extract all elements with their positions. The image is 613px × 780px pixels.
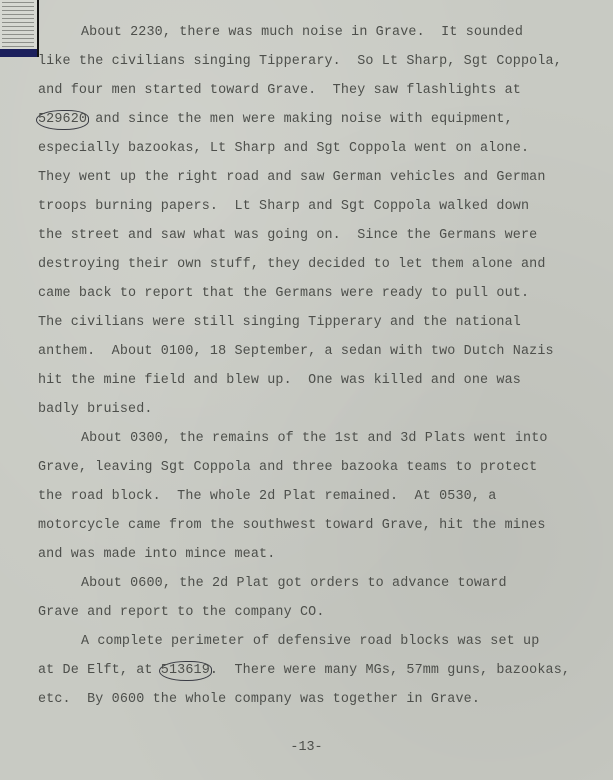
text-segment: like the civilians singing Tipperary. So… <box>38 54 562 69</box>
text-line: About 0600, the 2d Plat got orders to ad… <box>38 569 598 598</box>
text-line: the street and saw what was going on. Si… <box>38 221 598 250</box>
text-segment: The civilians were still singing Tippera… <box>38 315 521 330</box>
circled-map-coordinate: 529620 <box>36 110 89 130</box>
text-line: The civilians were still singing Tippera… <box>38 308 598 337</box>
text-line: especially bazookas, Lt Sharp and Sgt Co… <box>38 134 598 163</box>
thumbnail-text-lines <box>2 2 34 50</box>
text-segment: etc. By 0600 the whole company was toget… <box>38 692 480 707</box>
document-body: About 2230, there was much noise in Grav… <box>38 18 598 714</box>
text-segment: motorcycle came from the southwest towar… <box>38 518 546 533</box>
text-line: A complete perimeter of defensive road b… <box>38 627 598 656</box>
text-line: 529620 and since the men were making noi… <box>38 105 598 134</box>
text-line: and four men started toward Grave. They … <box>38 76 598 105</box>
text-line: came back to report that the Germans wer… <box>38 279 598 308</box>
text-segment: They went up the right road and saw Germ… <box>38 170 546 185</box>
text-segment: and was made into mince meat. <box>38 547 275 562</box>
text-segment: especially bazookas, Lt Sharp and Sgt Co… <box>38 141 529 156</box>
text-segment: came back to report that the Germans wer… <box>38 286 529 301</box>
text-segment: the street and saw what was going on. Si… <box>38 228 537 243</box>
text-line: etc. By 0600 the whole company was toget… <box>38 685 598 714</box>
text-segment: anthem. About 0100, 18 September, a seda… <box>38 344 554 359</box>
circled-map-coordinate: 513619 <box>159 661 212 681</box>
text-line: Grave and report to the company CO. <box>38 598 598 627</box>
text-segment: and since the men were making noise with… <box>87 112 513 127</box>
page-thumbnail-icon[interactable] <box>0 0 39 57</box>
text-segment: About 0600, the 2d Plat got orders to ad… <box>81 576 507 591</box>
text-segment: Grave and report to the company CO. <box>38 605 325 620</box>
text-segment: badly bruised. <box>38 402 153 417</box>
page-number: -13- <box>0 740 613 755</box>
text-line: They went up the right road and saw Germ… <box>38 163 598 192</box>
thumbnail-bar <box>0 49 37 57</box>
text-segment: Grave, leaving Sgt Coppola and three baz… <box>38 460 537 475</box>
text-segment: at De Elft, at <box>38 663 161 678</box>
text-line: the road block. The whole 2d Plat remain… <box>38 482 598 511</box>
text-segment: and four men started toward Grave. They … <box>38 83 521 98</box>
text-segment: troops burning papers. Lt Sharp and Sgt … <box>38 199 529 214</box>
text-line: About 0300, the remains of the 1st and 3… <box>38 424 598 453</box>
text-segment: About 0300, the remains of the 1st and 3… <box>81 431 548 446</box>
text-segment: destroying their own stuff, they decided… <box>38 257 546 272</box>
text-line: Grave, leaving Sgt Coppola and three baz… <box>38 453 598 482</box>
text-line: like the civilians singing Tipperary. So… <box>38 47 598 76</box>
text-line: anthem. About 0100, 18 September, a seda… <box>38 337 598 366</box>
text-line: troops burning papers. Lt Sharp and Sgt … <box>38 192 598 221</box>
document-page: About 2230, there was much noise in Grav… <box>0 0 613 780</box>
text-segment: A complete perimeter of defensive road b… <box>81 634 539 649</box>
text-line: hit the mine field and blew up. One was … <box>38 366 598 395</box>
text-line: motorcycle came from the southwest towar… <box>38 511 598 540</box>
text-line: About 2230, there was much noise in Grav… <box>38 18 598 47</box>
text-line: and was made into mince meat. <box>38 540 598 569</box>
text-segment: About 2230, there was much noise in Grav… <box>81 25 523 40</box>
text-segment: . There were many MGs, 57mm guns, bazook… <box>210 663 570 678</box>
text-segment: the road block. The whole 2d Plat remain… <box>38 489 496 504</box>
text-line: at De Elft, at 513619. There were many M… <box>38 656 598 685</box>
text-line: destroying their own stuff, they decided… <box>38 250 598 279</box>
text-segment: hit the mine field and blew up. One was … <box>38 373 521 388</box>
text-line: badly bruised. <box>38 395 598 424</box>
